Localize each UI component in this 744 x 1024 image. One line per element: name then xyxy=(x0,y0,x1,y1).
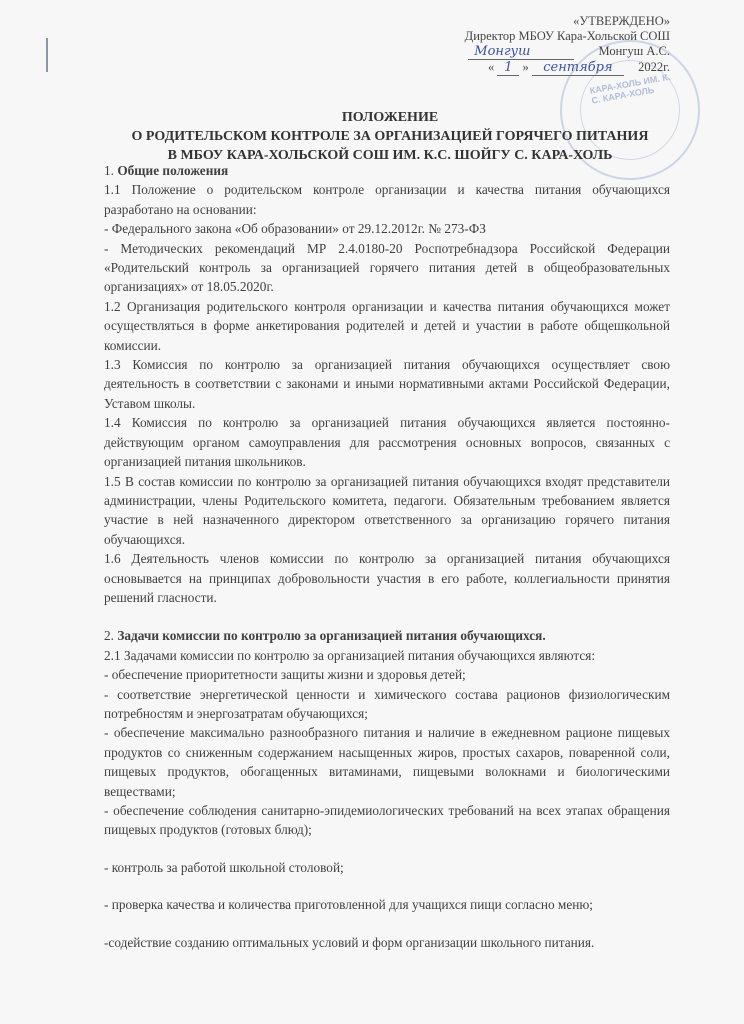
paragraph-2-1: 2.1 Задачами комиссии по контролю за орг… xyxy=(104,646,670,665)
paragraph-1-5: 1.5 В состав комиссии по контролю за орг… xyxy=(104,472,670,550)
approver-name: Монгуш А.С. xyxy=(599,44,670,58)
paragraph-1-4: 1.4 Комиссия по контролю за организацией… xyxy=(104,413,670,471)
date-month: сентября xyxy=(532,60,624,76)
list-item: -содействие созданию оптимальных условий… xyxy=(104,933,670,952)
paragraph-1-2: 1.2 Организация родительского контроля о… xyxy=(104,297,670,355)
approval-date: « 1 » сентября 2022г. xyxy=(465,60,670,76)
paragraph-1-3: 1.3 Комиссия по контролю за организацией… xyxy=(104,355,670,413)
paragraph-1-1: 1.1 Положение о родительском контроле ор… xyxy=(104,180,670,219)
document-page: КАРА-ХОЛЬ ИМ. К. С. КАРА-ХОЛЬ «УТВЕРЖДЕН… xyxy=(0,0,744,1024)
paragraph-1-1-b: - Методических рекомендаций МР 2.4.0180-… xyxy=(104,239,670,297)
list-item: - проверка качества и количества пригото… xyxy=(104,895,670,914)
title-line-2: О РОДИТЕЛЬСКОМ КОНТРОЛЕ ЗА ОРГАНИЗАЦИЕЙ … xyxy=(100,127,680,146)
list-item: - обеспечение максимально разнообразного… xyxy=(104,723,670,801)
approval-position: Директор МБОУ Кара-Хольской СОШ xyxy=(465,29,670,44)
paragraph-1-1-a: - Федерального закона «Об образовании» о… xyxy=(104,219,670,238)
date-year: 2022г. xyxy=(638,60,670,74)
list-item: - контроль за работой школьной столовой; xyxy=(104,858,670,877)
list-item: - соответствие энергетической ценности и… xyxy=(104,685,670,724)
spacer xyxy=(104,915,670,933)
document-title: ПОЛОЖЕНИЕ О РОДИТЕЛЬСКОМ КОНТРОЛЕ ЗА ОРГ… xyxy=(100,108,680,165)
date-open-quote: « xyxy=(488,60,494,74)
list-item: - обеспечение приоритетности защиты жизн… xyxy=(104,665,670,684)
approval-block: «УТВЕРЖДЕНО» Директор МБОУ Кара-Хольской… xyxy=(465,14,670,76)
section-1-heading: 1. Общие положения xyxy=(104,161,670,180)
approval-heading: «УТВЕРЖДЕНО» xyxy=(465,14,670,29)
spacer xyxy=(104,877,670,895)
section-2-heading: 2. Задачи комиссии по контролю за органи… xyxy=(104,626,670,645)
title-line-1: ПОЛОЖЕНИЕ xyxy=(100,108,680,127)
scan-margin-mark xyxy=(46,38,48,72)
signature: Монгуш xyxy=(468,44,574,60)
document-body: 1. Общие положения 1.1 Положение о родит… xyxy=(104,161,670,952)
approval-signature-line: Монгуш Монгуш А.С. xyxy=(465,44,670,60)
spacer xyxy=(104,607,670,626)
spacer xyxy=(104,840,670,858)
paragraph-1-6: 1.6 Деятельность членов комиссии по конт… xyxy=(104,549,670,607)
date-close-quote: » xyxy=(523,60,529,74)
date-day: 1 xyxy=(497,60,519,76)
list-item: - обеспечение соблюдения санитарно-эпиде… xyxy=(104,801,670,840)
